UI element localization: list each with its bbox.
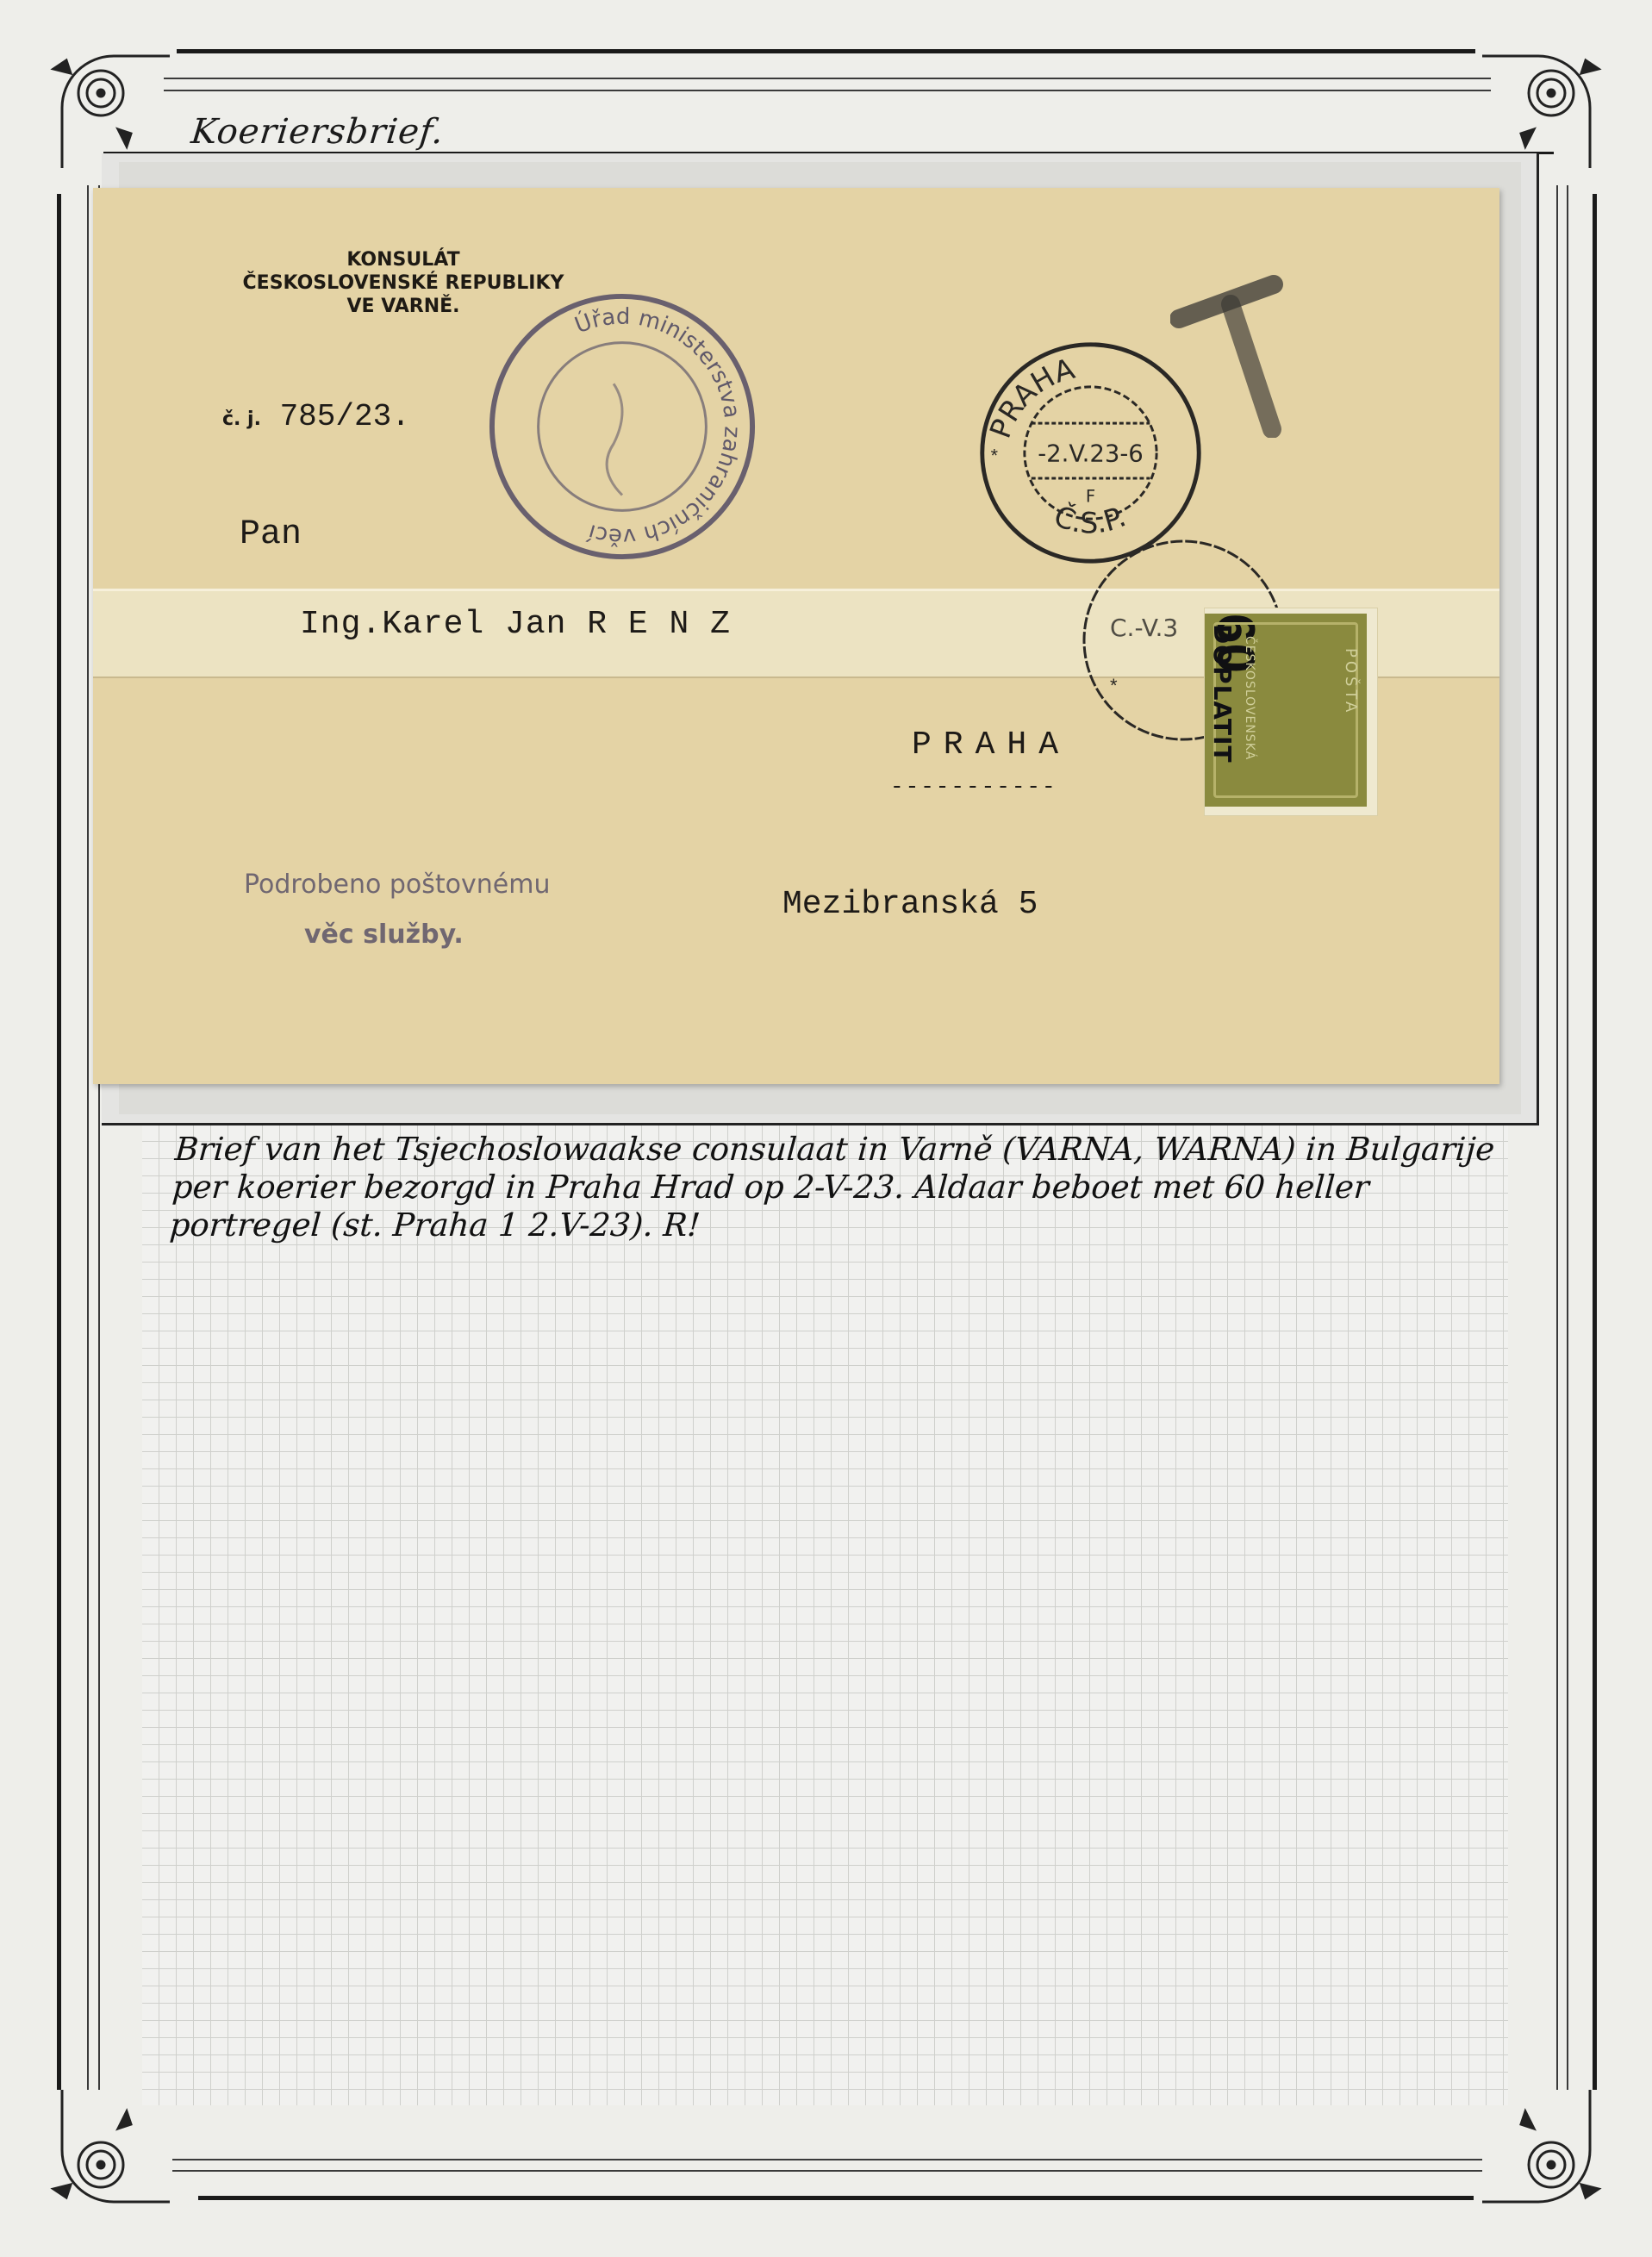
frame-top-thin-1 — [164, 78, 1491, 79]
frame-right-thin — [1556, 185, 1558, 2090]
frame-bottom-thin-2 — [172, 2170, 1482, 2172]
description-line-2: per koerier bezorgd in Praha Hrad op 2-V… — [171, 1169, 1500, 1206]
corner-ornament-top-left-icon — [28, 26, 174, 172]
addressee-street: Mezibranská 5 — [782, 886, 1038, 923]
service-stamp-line-1: Podrobeno poštovnému — [244, 860, 550, 910]
postmark-1-suffix: F — [1086, 486, 1095, 506]
official-service-handstamp: Podrobeno poštovnému věc služby. — [244, 860, 550, 960]
stamp-posta-label: POŠTA — [1342, 648, 1360, 715]
album-description: Brief van het Tsjechoslowaakse consulaat… — [168, 1131, 1503, 1244]
page-title: Koeriersbrief. — [190, 112, 446, 152]
frame-right-thick — [1593, 194, 1597, 2090]
svg-text:*: * — [1110, 675, 1118, 696]
frame-top-thin-2 — [164, 90, 1491, 91]
stamp-design: ČESKOSLOVENSKÁ POŠTA DOPLATIT 60 — [1205, 614, 1367, 807]
reference-prefix: č. j. — [222, 408, 261, 430]
description-line-1: Brief van het Tsjechoslowaakse consulaat… — [174, 1131, 1504, 1169]
courier-envelope: KONSULÁT ČESKOSLOVENSKÉ REPUBLIKY VE VAR… — [93, 188, 1499, 1084]
salutation: Pan — [240, 515, 302, 554]
addressee-name: Ing.Karel Jan R E N Z — [300, 606, 731, 643]
reference-number: č. j. 785/23. — [222, 399, 410, 434]
postmark-2-date: C.-V.3 — [1110, 614, 1178, 642]
stamp-country: ČESKOSLOVENSKÁ — [1243, 636, 1256, 760]
reference-value: 785/23. — [280, 399, 410, 434]
description-line-3: portregel (st. Praha 1 2.V-23). R! — [168, 1206, 1498, 1244]
corner-ornament-bottom-left-icon — [28, 2086, 174, 2232]
frame-bottom-thick — [198, 2196, 1474, 2200]
ministry-seal-icon: Úřad ministerstva zahraničních věcí — [485, 290, 759, 564]
corner-ornament-bottom-right-icon — [1478, 2086, 1624, 2232]
grid-paper — [142, 1125, 1508, 2105]
frame-bottom-thin-1 — [172, 2159, 1482, 2160]
city-underline: ----------- — [890, 774, 1057, 800]
frame-left-thin — [87, 185, 89, 2090]
frame-right-thin-2 — [1567, 185, 1568, 2090]
svg-text:*: * — [991, 444, 999, 465]
stamp-overprint: DOPLATIT — [1208, 624, 1237, 764]
frame-top-thick — [177, 49, 1475, 53]
letterhead-line-1: KONSULÁT — [222, 248, 584, 271]
addressee-city: PRAHA — [912, 726, 1070, 764]
postmark-1-date: -2.V.23-6 — [1038, 440, 1144, 467]
frame-left-thick — [57, 194, 61, 2090]
postage-due-stamp: ČESKOSLOVENSKÁ POŠTA DOPLATIT 60 — [1205, 608, 1377, 815]
corner-ornament-top-right-icon — [1478, 26, 1624, 172]
service-stamp-line-2: věc služby. — [244, 910, 550, 960]
